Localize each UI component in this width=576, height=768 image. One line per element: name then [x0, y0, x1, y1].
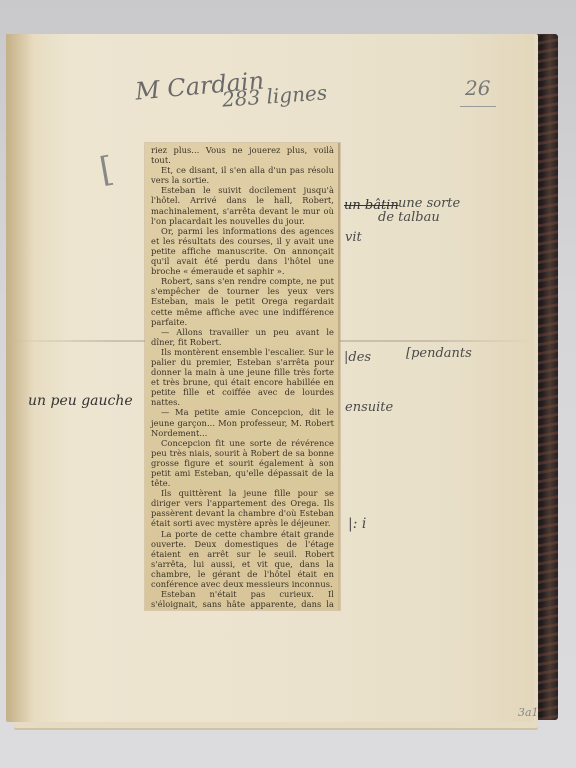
folio-number: 26	[465, 76, 490, 100]
clipping-paragraph: — Allons travailler un peu avant le dîne…	[151, 327, 334, 347]
annotation-une-sorte: une sorte	[398, 196, 460, 211]
clipping-paragraph: Or, parmi les informations des agences e…	[151, 226, 334, 276]
bottom-folio: 3a1	[518, 706, 539, 719]
clipping-paragraph: Ils montèrent ensemble l'escalier. Sur l…	[151, 347, 334, 408]
annotation-left-margin: un peu gauche	[28, 393, 133, 409]
clipping-paragraph: Ils quittèrent la jeune fille pour se di…	[151, 488, 334, 528]
newspaper-clipping: riez plus... Vous ne jouerez plus, voilà…	[145, 143, 340, 610]
annotation-de-talbau: de talbau	[378, 210, 440, 225]
folio-underline	[460, 106, 496, 107]
annotation-ensuite: ensuite	[345, 400, 393, 415]
annotation-vit: vit	[345, 230, 362, 245]
clipping-paragraph: La porte de cette chambre était grande o…	[151, 529, 334, 590]
annotation-des: |des	[344, 350, 371, 365]
clipping-edge	[338, 143, 340, 610]
clipping-paragraph: Et, ce disant, il s'en alla d'un pas rés…	[151, 165, 334, 185]
clipping-paragraph: Robert, sans s'en rendre compte, ne put …	[151, 276, 334, 326]
annotation-ie: |: i	[348, 516, 366, 532]
annotation-pendants: [pendants	[406, 346, 472, 361]
clipping-paragraph: Concepcion fit une sorte de révérence pe…	[151, 438, 334, 488]
clipping-paragraph: Esteban n'était pas curieux. Il s'éloign…	[151, 589, 334, 610]
clipping-paragraph: — Ma petite amie Concepcion, dit le jeun…	[151, 407, 334, 437]
clipping-paragraph: Esteban le suivit docilement jusqu'à l'h…	[151, 185, 334, 225]
clipping-paragraph: riez plus... Vous ne jouerez plus, voilà…	[151, 145, 334, 165]
